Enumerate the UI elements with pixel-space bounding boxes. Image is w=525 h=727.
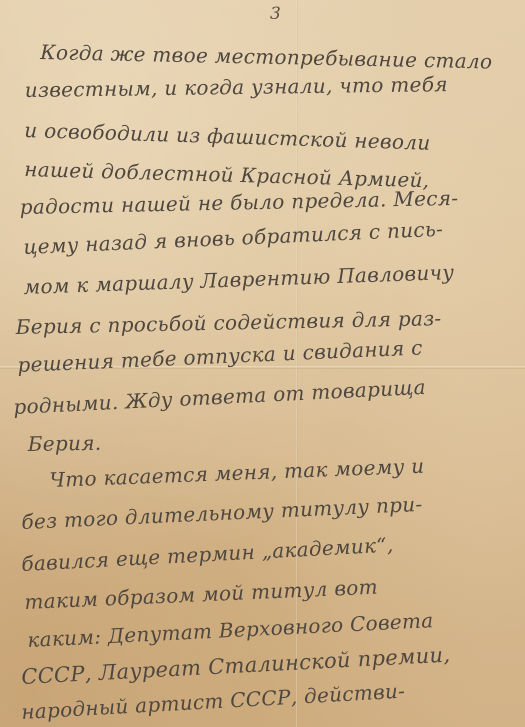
letter-line: бавился еще термин „академик“, (21, 533, 394, 576)
letter-line: каким: Депутат Верховного Совета (27, 608, 434, 652)
letter-line: и освободили из фашистской неволи (24, 118, 431, 155)
letter-line: таким образом мой титул вот (24, 575, 378, 614)
letter-line: Берия. (28, 431, 102, 456)
letter-line: решения тебе отпуска и свидания с (17, 335, 423, 377)
letter-line: без того длительному титулу при- (21, 492, 423, 534)
letter-line: Берия с просьбой содействия для раз- (15, 306, 441, 339)
letter-line: радости нашей не было предела. Меся- (19, 186, 458, 219)
letter-line: родными. Жду ответа от товарища (13, 375, 427, 419)
letter-line: Когда же твое местопребывание стало (40, 40, 493, 73)
page-number: 3 (270, 4, 281, 24)
handwritten-letter-page: 3 Когда же твое местопребывание стало из… (0, 0, 525, 727)
letter-line: известным, и когда узнали, что тебя (25, 72, 448, 102)
letter-line: Что касается меня, так моему и (49, 454, 425, 492)
letter-line: цему назад я вновь обратился с пись- (23, 217, 444, 259)
letter-line: мом к маршалу Лаврентию Павловичу (23, 260, 454, 299)
